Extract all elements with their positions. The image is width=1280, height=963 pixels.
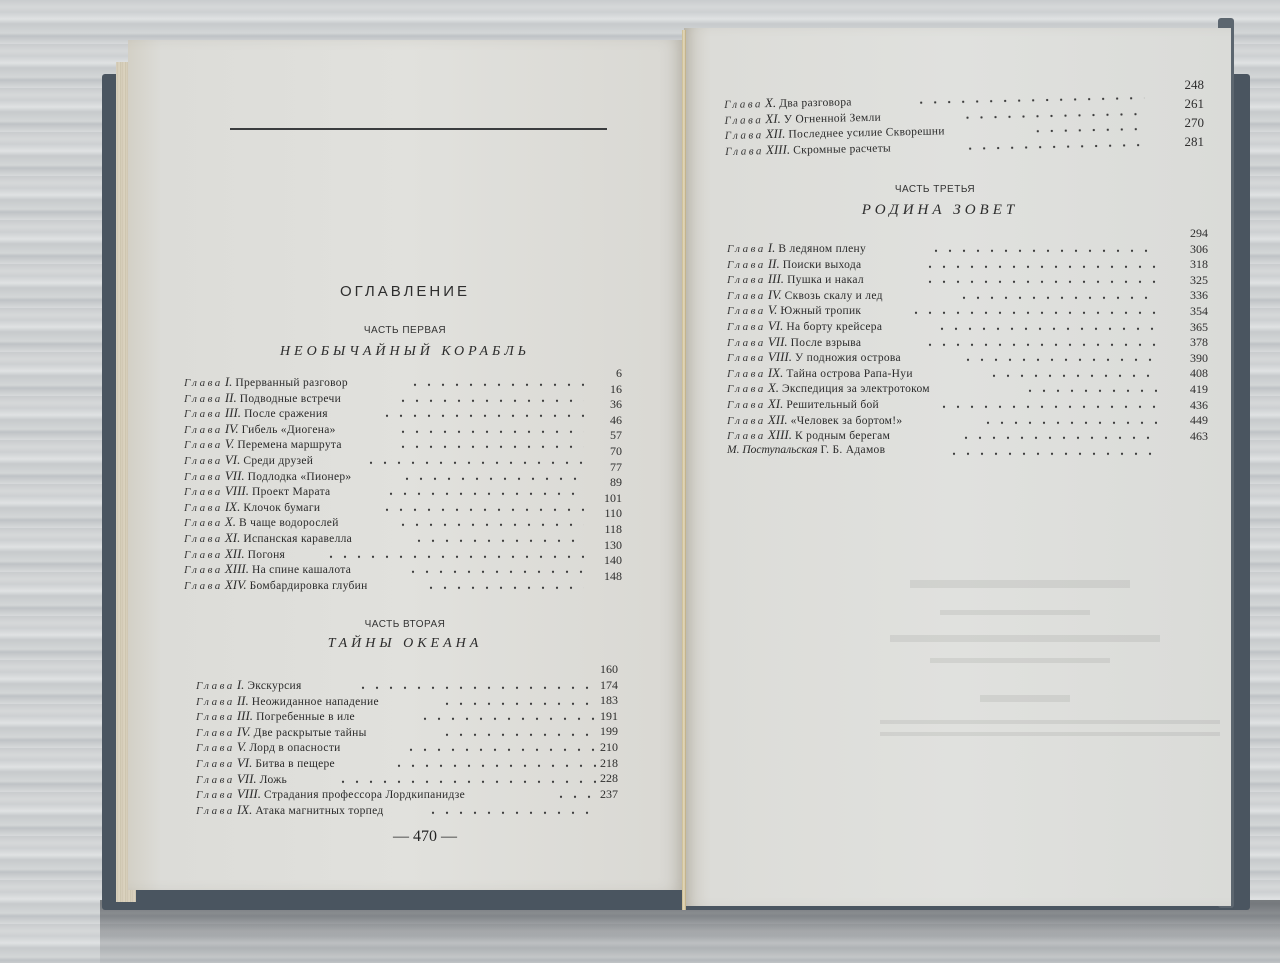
chapter-numeral: V.	[768, 302, 778, 317]
toc-entry[interactable]: ГлаваV.Лорд в опасности	[196, 739, 606, 755]
leader-dots	[396, 421, 584, 437]
chapter-title: Перемена маршрута	[237, 439, 341, 451]
chapter-numeral: XII.	[768, 412, 788, 427]
page-number: 57	[580, 428, 622, 444]
chapter-title: Битва в пещере	[255, 758, 335, 770]
page-number: 237	[570, 787, 618, 803]
chapter-title: Южный тропик	[780, 305, 861, 317]
toc-entry[interactable]: ГлаваII.Подводные встречи	[184, 390, 604, 406]
leader-dots	[384, 483, 584, 499]
toc-entry[interactable]: ГлаваIII.Погребенные в иле	[196, 708, 606, 724]
chapter-numeral: IV.	[768, 287, 782, 302]
chapter-prefix: Глава	[727, 352, 766, 364]
chapter-prefix: Глава	[184, 471, 223, 483]
chapter-numeral: II.	[225, 390, 237, 405]
toc-entry[interactable]: ГлаваVI.Битва в пещере	[196, 755, 606, 771]
chapter-title: Страдания профессора Лордкипанидзе	[264, 789, 465, 801]
page-number: 130	[580, 538, 622, 554]
page-number: 281	[1160, 132, 1204, 151]
chapter-prefix: Глава	[727, 290, 766, 302]
chapter-numeral: VI.	[768, 318, 784, 333]
chapter-prefix: Глава	[725, 145, 764, 158]
chapter-title: Проект Марата	[252, 486, 330, 498]
toc-entry[interactable]: ГлаваIV.Гибель «Диогена»	[184, 421, 604, 437]
toc-entry[interactable]: ГлаваI.Экскурсия	[196, 677, 606, 693]
chapter-title: Погребенные в иле	[256, 711, 355, 723]
chapter-prefix: Глава	[196, 758, 235, 770]
page-number: 325	[1164, 273, 1208, 289]
page-number: 191	[570, 709, 618, 725]
toc-entry[interactable]: ГлаваI.Прерванный разговор	[184, 374, 604, 390]
chapter-prefix: Глава	[196, 727, 235, 739]
chapter-prefix: Глава	[184, 439, 223, 451]
page-number: 354	[1164, 304, 1208, 320]
toc-entry[interactable]: ГлаваXI.Решительный бой	[727, 396, 1167, 412]
chapter-numeral: I.	[768, 240, 776, 255]
chapter-title: Испанская каравелла	[243, 533, 352, 545]
chapter-numeral: XIII.	[768, 427, 792, 442]
chapter-numeral: XI.	[225, 530, 241, 545]
page-number: 174	[570, 678, 618, 694]
page-number: 378	[1164, 335, 1208, 351]
part-three-label: ЧАСТЬ ТРЕТЬЯ	[860, 184, 1010, 195]
chapter-prefix: Глава	[727, 243, 766, 255]
chapter-numeral: IX.	[225, 499, 241, 514]
chapter-prefix: Глава	[184, 517, 223, 529]
leader-dots	[909, 302, 1157, 318]
chapter-title: Экскурсия	[247, 680, 301, 692]
chapter-title: В ледяном плену	[778, 243, 866, 255]
page-number: 118	[580, 522, 622, 538]
leader-dots	[396, 436, 584, 452]
chapter-prefix: Глава	[196, 805, 235, 817]
chapter-title: К родным берегам	[795, 430, 890, 442]
toc-entry[interactable]: ГлаваVI.На борту крейсера	[727, 318, 1167, 334]
chapter-title: На борту крейсера	[786, 321, 882, 333]
toc-entry[interactable]: ГлаваVIII.Проект Марата	[184, 483, 604, 499]
leader-dots	[396, 390, 584, 406]
chapter-numeral: IV.	[237, 724, 251, 739]
toc-heading: ОГЛАВЛЕНИЕ	[180, 283, 630, 300]
part-two-chapter-list: ГлаваI.Экскурсия ГлаваII.Неожиданное нап…	[196, 677, 606, 817]
leader-dots	[957, 287, 1157, 303]
chapter-title: Лорд в опасности	[249, 742, 340, 754]
chapter-prefix: Глава	[184, 455, 223, 467]
chapter-title: У подножия острова	[795, 352, 901, 364]
chapter-prefix: Глава	[196, 680, 235, 692]
leader-dots	[947, 443, 1157, 459]
leader-dots	[380, 405, 584, 421]
chapter-title: Среди друзей	[243, 455, 313, 467]
leader-dots	[426, 802, 596, 818]
chapter-prefix: Глава	[727, 305, 766, 317]
toc-entry[interactable]: ГлаваIII.После сражения	[184, 405, 604, 421]
chapter-title: Сквозь скалу и лед	[785, 290, 883, 302]
chapter-title: Экспедиция за электротоком	[782, 383, 930, 395]
page-number: 408	[1164, 366, 1208, 382]
chapter-numeral: XIV.	[225, 577, 247, 592]
part-three-chapter-list: ГлаваI.В ледяном плену ГлаваII.Поиски вы…	[727, 240, 1167, 458]
chapter-title: В чаще водорослей	[239, 517, 339, 529]
chapter-prefix: Глава	[725, 129, 764, 142]
chapter-prefix: Глава	[727, 383, 766, 395]
chapter-prefix: Глава	[727, 337, 766, 349]
page-number: 270	[1160, 113, 1204, 132]
leader-dots	[406, 561, 584, 577]
leader-dots	[923, 334, 1157, 350]
toc-entry[interactable]: ГлаваVIII.У подножия острова	[727, 349, 1167, 365]
page-number: 228	[570, 771, 618, 787]
toc-entry-afterword[interactable]: М. Поступальская Г. Б. Адамов	[727, 443, 1167, 459]
toc-entry[interactable]: ГлаваXII.«Человек за бортом!»	[727, 412, 1167, 428]
chapter-title: Бомбардировка глубин	[250, 580, 368, 592]
chapter-prefix: Глава	[727, 274, 766, 286]
leader-dots	[424, 577, 584, 593]
page-number: 210	[570, 740, 618, 756]
part-two-page-numbers: 160 174 183 191 199 210 218 228 237	[570, 662, 618, 802]
chapter-prefix: Глава	[184, 393, 223, 405]
chapter-prefix: Глава	[196, 742, 235, 754]
chapter-numeral: VII.	[768, 334, 788, 349]
page-number: 390	[1164, 351, 1208, 367]
chapter-prefix: Глава	[727, 321, 766, 333]
page-number: 16	[580, 382, 622, 398]
page-number: 46	[580, 413, 622, 429]
chapter-numeral: I.	[225, 374, 233, 389]
chapter-prefix: Глава	[196, 789, 235, 801]
toc-entry[interactable]: ГлаваII.Неожиданное нападение	[196, 693, 606, 709]
toc-entry[interactable]: ГлаваIII.Пушка и накал	[727, 271, 1167, 287]
chapter-prefix: Глава	[727, 430, 766, 442]
right-page	[684, 28, 1231, 906]
toc-entry[interactable]: ГлаваII.Поиски выхода	[727, 256, 1167, 272]
page-number: 365	[1164, 320, 1208, 336]
leader-dots	[336, 771, 596, 787]
page-number: 77	[580, 460, 622, 476]
page-number: 160	[570, 662, 618, 678]
toc-entry[interactable]: ГлаваX.Экспедиция за электротоком	[727, 380, 1167, 396]
chapter-numeral: VIII.	[768, 349, 792, 364]
leader-dots	[981, 412, 1157, 428]
chapter-prefix: Глава	[184, 377, 223, 389]
chapter-numeral: VII.	[237, 771, 257, 786]
part-three-title: РОДИНА ЗОВЕТ	[830, 202, 1050, 219]
toc-entry[interactable]: ГлаваXIV.Бомбардировка глубин	[184, 577, 604, 593]
page-number: 419	[1164, 382, 1208, 398]
chapter-prefix: Глава	[196, 774, 235, 786]
chapter-numeral: IX.	[768, 365, 784, 380]
page-number: 449	[1164, 413, 1208, 429]
toc-entry[interactable]: ГлаваIV.Две раскрытые тайны	[196, 724, 606, 740]
toc-entry[interactable]: ГлаваV.Перемена маршрута	[184, 436, 604, 452]
chapter-prefix: Глава	[184, 580, 223, 592]
chapter-prefix: Глава	[727, 368, 766, 380]
afterword-author: М. Поступальская	[727, 444, 818, 456]
part-two-label: ЧАСТЬ ВТОРАЯ	[180, 619, 630, 630]
toc-entry[interactable]: ГлаваV.Южный тропик	[727, 302, 1167, 318]
chapter-prefix: Глава	[196, 711, 235, 723]
toc-entry[interactable]: ГлаваX.В чаще водорослей	[184, 514, 604, 530]
chapter-prefix: Глава	[184, 502, 223, 514]
page-number: 101	[580, 491, 622, 507]
toc-entry[interactable]: ГлаваIX.Тайна острова Рапа-Нуи	[727, 365, 1167, 381]
chapter-numeral: XI.	[768, 396, 784, 411]
chapter-numeral: III.	[768, 271, 784, 286]
page-number: 110	[580, 506, 622, 522]
chapter-title: «Человек за бортом!»	[791, 415, 903, 427]
chapter-title: Клочок бумаги	[243, 502, 320, 514]
chapter-prefix: Глава	[184, 549, 223, 561]
chapter-numeral: XII.	[225, 546, 245, 561]
toc-entry[interactable]: ГлаваVII.Подлодка «Пионер»	[184, 468, 604, 484]
page-number: 248	[1160, 75, 1204, 94]
toc-entry[interactable]: ГлаваIX.Атака магнитных торпед	[196, 802, 606, 818]
chapter-title: Две раскрытые тайны	[254, 727, 367, 739]
chapter-title: Прерванный разговор	[235, 377, 348, 389]
toc-entry[interactable]: ГлаваI.В ледяном плену	[727, 240, 1167, 256]
page-number: 140	[580, 553, 622, 569]
chapter-title: Решительный бой	[786, 399, 879, 411]
part-one-label: ЧАСТЬ ПЕРВАЯ	[180, 325, 630, 336]
chapter-prefix: Глава	[727, 399, 766, 411]
toc-entry[interactable]: ГлаваXI.Испанская каравелла	[184, 530, 604, 546]
chapter-numeral: XIII.	[766, 141, 790, 157]
chapter-prefix: Глава	[184, 486, 223, 498]
part-two-continued-chapter-list: ГлаваX.Два разговора ГлаваXI.У Огненной …	[724, 87, 1155, 158]
leader-dots	[961, 349, 1157, 365]
part-one-page-numbers: 6 16 36 46 57 70 77 89 101 110 118 130 1…	[580, 366, 622, 584]
page-number: 199	[570, 724, 618, 740]
chapter-numeral: IX.	[237, 802, 253, 817]
bleed-through-texture	[880, 540, 1220, 740]
part-two-title: ТАЙНЫ ОКЕАНА	[180, 636, 630, 652]
page-number: 261	[1160, 94, 1204, 113]
page-number: 148	[580, 569, 622, 585]
chapter-numeral: VI.	[237, 755, 253, 770]
afterword-title: Г. Б. Адамов	[821, 444, 886, 456]
toc-entry[interactable]: ГлаваVII.После взрыва	[727, 334, 1167, 350]
chapter-numeral: III.	[237, 708, 253, 723]
leader-dots	[929, 240, 1157, 256]
chapter-numeral: VII.	[225, 468, 245, 483]
chapter-numeral: X.	[768, 380, 779, 395]
leader-dots	[959, 427, 1157, 443]
part-one-chapter-list: ГлаваI.Прерванный разговор ГлаваII.Подво…	[184, 374, 604, 592]
chapter-title: После взрыва	[791, 337, 862, 349]
chapter-numeral: I.	[237, 677, 245, 692]
chapter-prefix: Глава	[184, 424, 223, 436]
chapter-prefix: Глава	[727, 415, 766, 427]
leader-dots	[1023, 380, 1157, 396]
page-number: 306	[1164, 242, 1208, 258]
chapter-numeral: XI.	[765, 110, 781, 125]
part-three-page-numbers: 294 306 318 325 336 354 365 378 390 408 …	[1164, 226, 1208, 444]
leader-dots	[396, 514, 584, 530]
chapter-title: Подлодка «Пионер»	[248, 471, 352, 483]
chapter-title: Тайна острова Рапа-Нуи	[786, 368, 912, 380]
page-number: 183	[570, 693, 618, 709]
toc-entry[interactable]: ГлаваIX.Клочок бумаги	[184, 499, 604, 515]
chapter-numeral: II.	[768, 256, 780, 271]
leader-dots	[400, 468, 584, 484]
chapter-title: Гибель «Диогена»	[242, 424, 336, 436]
page-number: 463	[1164, 429, 1208, 445]
page-number: 336	[1164, 288, 1208, 304]
chapter-numeral: XIII.	[225, 561, 249, 576]
chapter-prefix: Глава	[196, 696, 235, 708]
leader-dots	[408, 374, 584, 390]
chapter-prefix: Глава	[184, 564, 223, 576]
page-folio: — 470 —	[360, 828, 490, 846]
chapter-numeral: XII.	[765, 126, 785, 141]
toc-entry[interactable]: ГлаваXII.Погоня	[184, 546, 604, 562]
leader-dots	[937, 396, 1157, 412]
chapter-numeral: III.	[225, 405, 241, 420]
chapter-prefix: Глава	[184, 408, 223, 420]
toc-entry[interactable]: ГлаваVIII.Страдания профессора Лордкипан…	[196, 786, 606, 802]
page-number: 318	[1164, 257, 1208, 273]
chapter-title: Неожиданное нападение	[252, 696, 379, 708]
leader-dots	[987, 365, 1157, 381]
chapter-title: Погоня	[248, 549, 285, 561]
page-number: 36	[580, 397, 622, 413]
chapter-title: Подводные встречи	[240, 393, 341, 405]
chapter-title: Ложь	[260, 774, 287, 786]
chapter-numeral: IV.	[225, 421, 239, 436]
page-number: 218	[570, 756, 618, 772]
chapter-numeral: V.	[237, 739, 247, 754]
chapter-numeral: X.	[765, 95, 777, 110]
leader-dots	[404, 739, 596, 755]
chapter-numeral: VIII.	[225, 483, 249, 498]
chapter-title: Скромные расчеты	[793, 142, 891, 156]
chapter-prefix: Глава	[724, 114, 763, 127]
chapter-numeral: VIII.	[237, 786, 261, 801]
chapter-title: Пушка и накал	[787, 274, 864, 286]
leader-dots	[364, 452, 584, 468]
chapter-title: После сражения	[244, 408, 328, 420]
leader-dots	[356, 677, 596, 693]
page-number: 70	[580, 444, 622, 460]
chapter-prefix: Глава	[184, 533, 223, 545]
leader-dots	[412, 530, 584, 546]
toc-entry[interactable]: ГлаваIV.Сквозь скалу и лед	[727, 287, 1167, 303]
chapter-prefix: Глава	[727, 259, 766, 271]
toc-entry[interactable]: ГлаваVI.Среди друзей	[184, 452, 604, 468]
leader-dots	[324, 546, 584, 562]
toc-entry[interactable]: ГлаваXIII.К родным берегам	[727, 427, 1167, 443]
chapter-numeral: X.	[225, 514, 236, 529]
page-number: 89	[580, 475, 622, 491]
toc-entry[interactable]: ГлаваXIII.На спине кашалота	[184, 561, 604, 577]
leader-dots	[935, 318, 1157, 334]
page-number: 436	[1164, 398, 1208, 414]
book-gutter	[682, 30, 686, 910]
header-rule	[230, 128, 607, 130]
chapter-prefix: Глава	[724, 98, 763, 111]
chapter-numeral: II.	[237, 693, 249, 708]
leader-dots	[380, 499, 584, 515]
page-number: 6	[580, 366, 622, 382]
leader-dots	[923, 271, 1157, 287]
part-two-continued-page-numbers: 248 261 270 281	[1160, 75, 1204, 151]
chapter-title: Поиски выхода	[783, 259, 862, 271]
chapter-title: Атака магнитных торпед	[255, 805, 383, 817]
part-one-title: НЕОБЫЧАЙНЫЙ КОРАБЛЬ	[180, 344, 630, 360]
toc-entry[interactable]: ГлаваVII.Ложь	[196, 771, 606, 787]
chapter-numeral: VI.	[225, 452, 241, 467]
leader-dots	[392, 755, 596, 771]
page-number: 294	[1164, 226, 1208, 242]
chapter-title: Два разговора	[779, 96, 852, 110]
leader-dots	[923, 256, 1157, 272]
chapter-numeral: V.	[225, 436, 235, 451]
chapter-title: На спине кашалота	[252, 564, 351, 576]
